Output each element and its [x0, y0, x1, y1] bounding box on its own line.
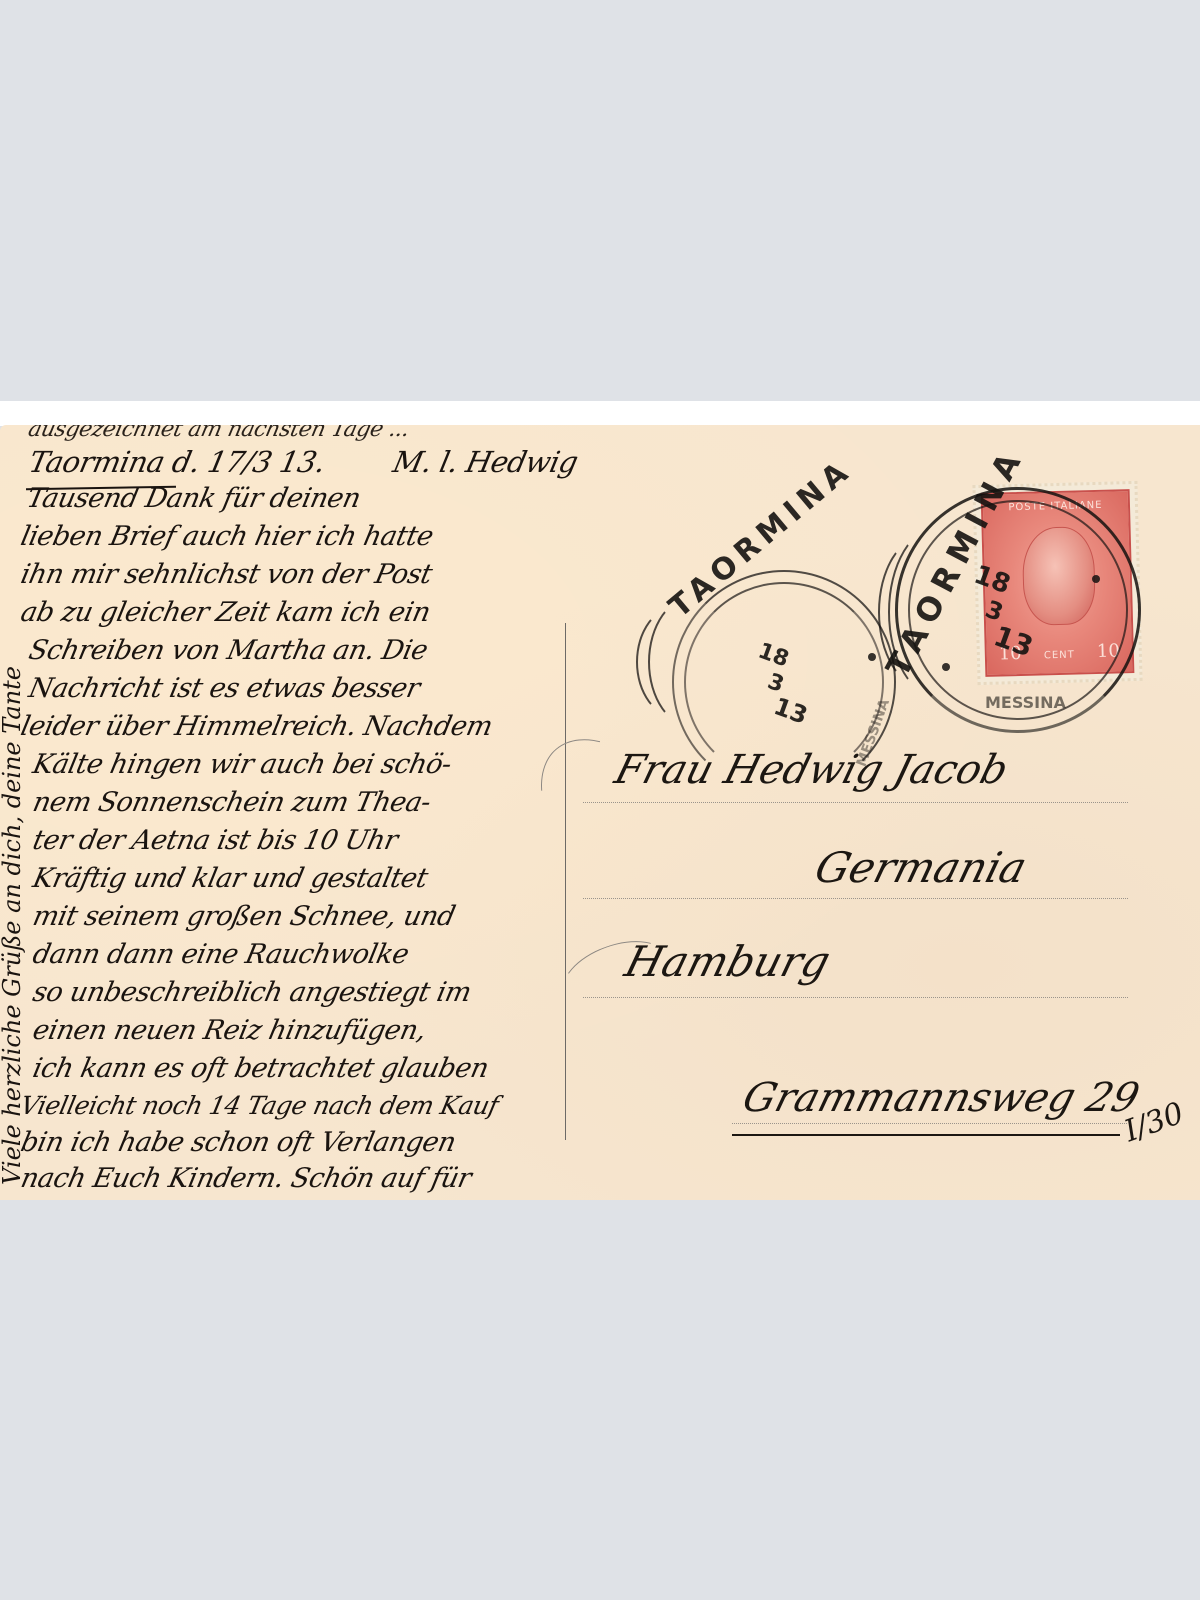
street-underline — [732, 1134, 1120, 1136]
postmark-star-icon — [942, 663, 950, 671]
message-line: nach Euch Kindern. Schön auf für — [18, 1163, 474, 1194]
address-country: Germania — [810, 843, 1032, 892]
message-line: dann dann eine Rauchwolke — [30, 939, 411, 970]
postmark-province: MESSINA — [985, 693, 1066, 712]
message-line: lieben Brief auch hier ich hatte — [18, 521, 436, 552]
salutation: M. l. Hedwig — [390, 445, 581, 479]
message-line: ich kann es oft betrachtet glauben — [30, 1053, 491, 1084]
message-line: mit seinem großen Schnee, und — [30, 901, 458, 932]
message-line: ter der Aetna ist bis 10 Uhr — [30, 825, 400, 856]
message-line: nem Sonnenschein zum Thea- — [30, 787, 433, 818]
message-line: Nachricht ist es etwas besser — [26, 673, 422, 704]
postmark-star-icon — [1092, 575, 1100, 583]
place-date: Taormina d. 17/3 13. — [26, 445, 328, 479]
message-line: ihn mir sehnlichst von der Post — [18, 559, 435, 590]
address-city: Hamburg — [620, 937, 836, 986]
message-line: Schreiben von Martha an. Die — [26, 635, 430, 666]
message-line: so unbeschreiblich angestiegt im — [30, 977, 474, 1008]
message-line: leider über Himmelreich. Nachdem — [18, 711, 495, 742]
vertical-margin-note: Viele herzliche Grüße an dich, deine Tan… — [0, 425, 26, 1185]
message-line: bin ich habe schon oft Verlangen — [18, 1127, 458, 1158]
top-margin-band — [0, 401, 1200, 426]
top-margin-note: ausgezeichnet am nächsten Tage ... — [26, 425, 411, 442]
message-area: ausgezeichnet am nächsten Tage ... Taorm… — [10, 425, 565, 1200]
message-line: Vielleicht noch 14 Tage nach dem Kauf — [18, 1091, 501, 1120]
message-line: ab zu gleicher Zeit kam ich ein — [18, 597, 433, 628]
postcard: ausgezeichnet am nächsten Tage ... Taorm… — [0, 425, 1200, 1200]
address-rule-4 — [732, 1123, 1127, 1124]
message-line: Tausend Dank für deinen — [24, 483, 363, 514]
message-line: einen neuen Reiz hinzufügen, — [30, 1015, 429, 1046]
message-line: Kälte hingen wir auch bei schö- — [30, 749, 454, 780]
postmark-star-icon — [868, 653, 876, 661]
address-street: Grammannsweg 29 — [738, 1075, 1144, 1121]
address-rule-3 — [583, 997, 1128, 998]
message-line: Kräftig und klar und gestaltet — [30, 863, 430, 894]
divider-line — [565, 623, 566, 1140]
